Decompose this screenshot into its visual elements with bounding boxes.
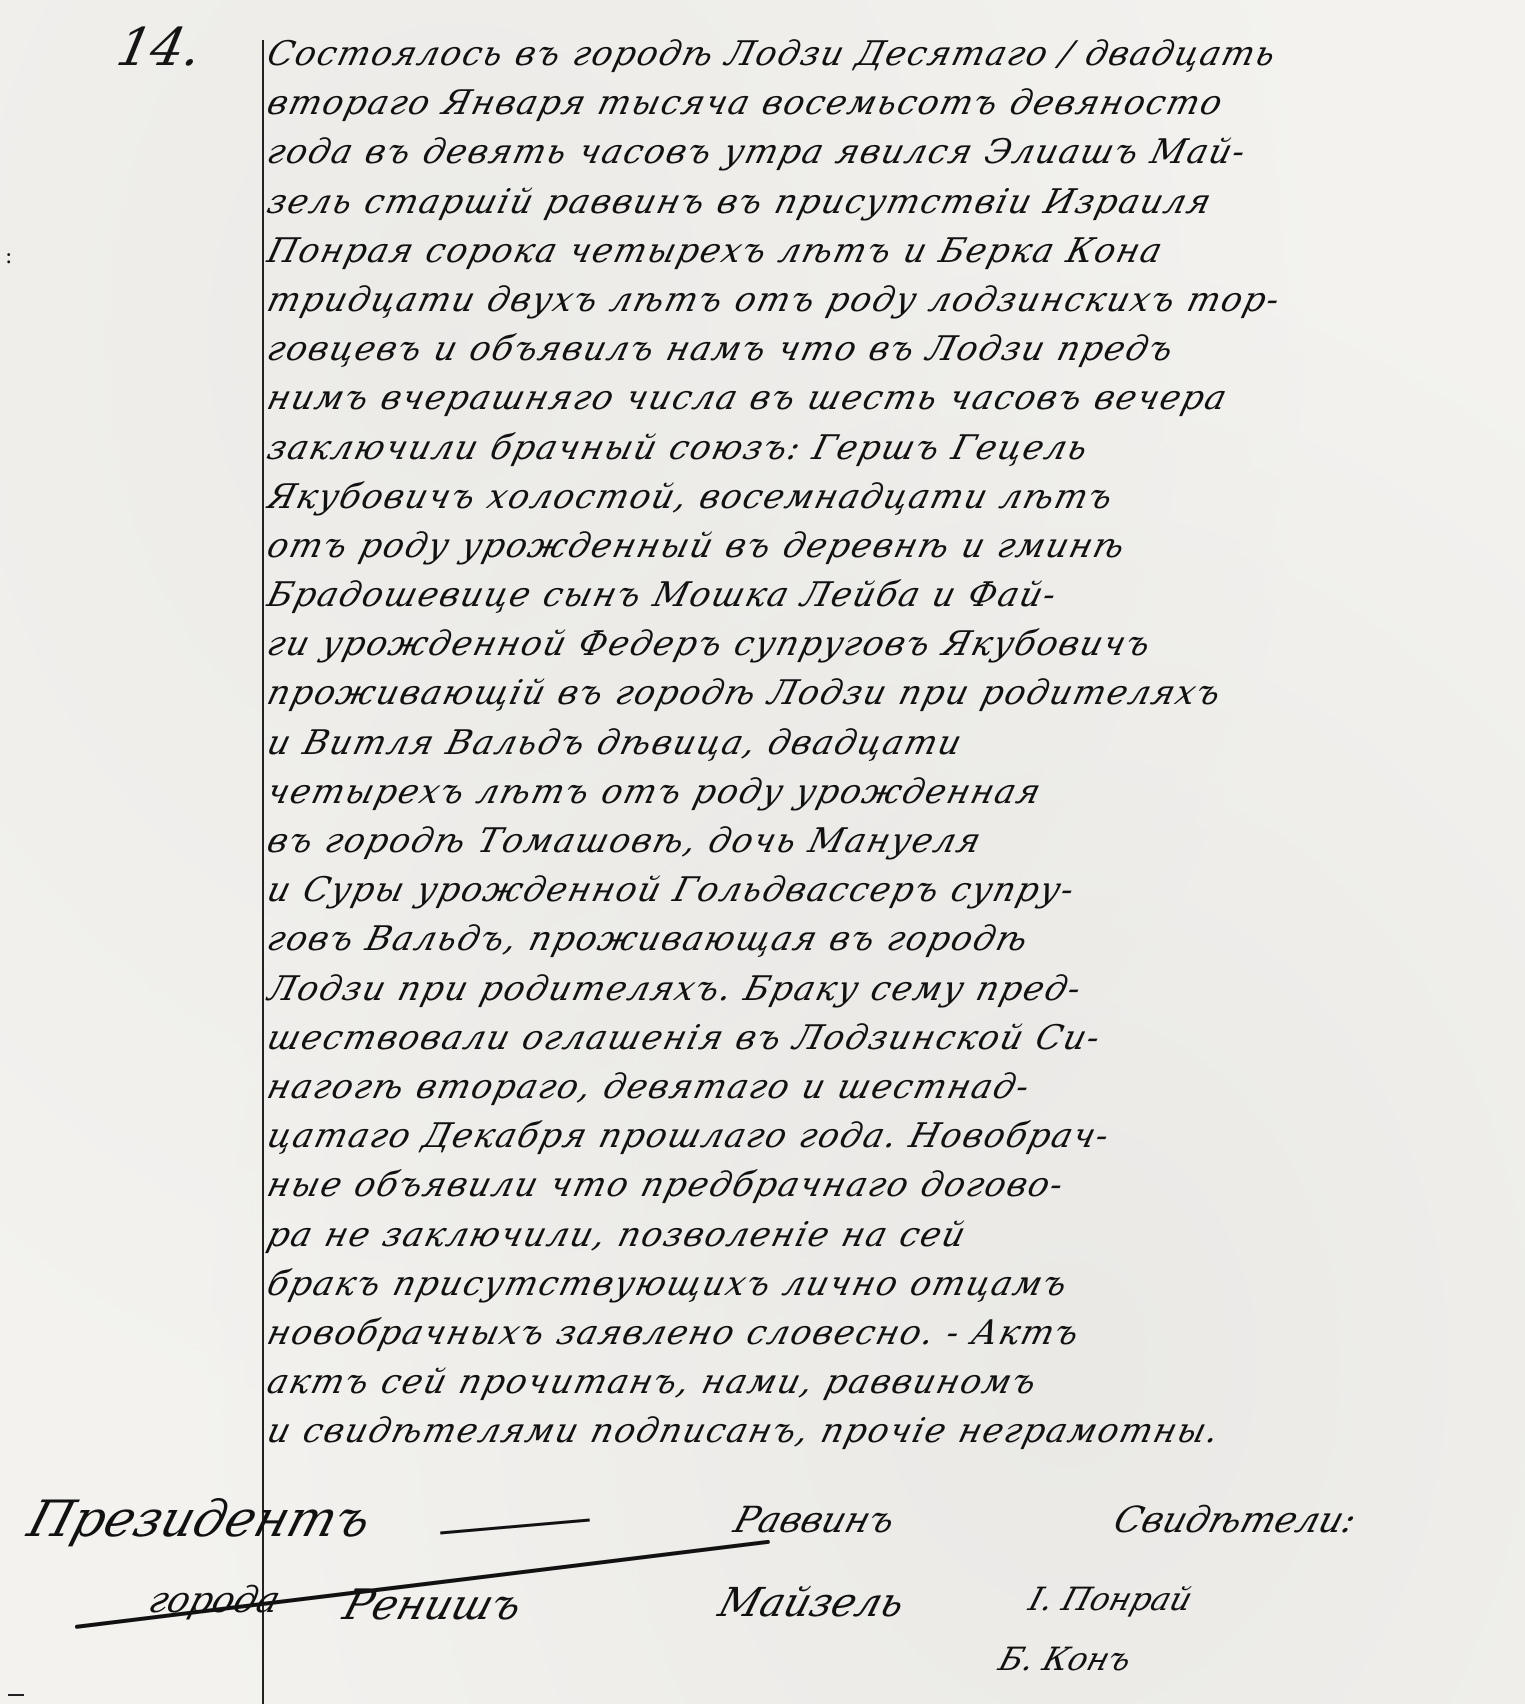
margin-mark: : — [5, 250, 12, 264]
text-line: и свидѣтелями подписанъ, прочіе неграмот… — [262, 1407, 1514, 1456]
text-line: и Витля Вальдъ дѣвица, двадцати — [262, 719, 1514, 768]
text-line: втораго Января тысяча восемьсотъ девянос… — [262, 79, 1514, 128]
text-line: бракъ присутствующихъ лично отцамъ — [262, 1260, 1514, 1309]
text-line: въ городѣ Томашовѣ, дочь Мануеля — [262, 817, 1514, 866]
text-line: говъ Вальдъ, проживающая въ городѣ — [262, 915, 1514, 964]
text-line: Якубовичъ холостой, восемнадцати лѣтъ — [262, 473, 1514, 522]
rabbi-label: Раввинъ — [729, 1500, 899, 1541]
record-body: Состоялось въ городѣ Лодзи Десятаго / дв… — [268, 30, 1508, 1456]
text-line: ги урожденной Федеръ супруговъ Якубовичъ — [262, 620, 1514, 669]
witness-signature-1: I. Понрай — [1025, 1580, 1197, 1618]
rabbi-signature: Майзель — [713, 1580, 910, 1626]
text-line: ные объявили что предбрачнаго догово- — [262, 1161, 1514, 1210]
document-page: 14. : Состоялось въ городѣ Лодзи Десятаг… — [0, 0, 1525, 1704]
text-line: проживающій въ городѣ Лодзи при родителя… — [262, 669, 1514, 718]
witnesses-label: Свидѣтели: — [1109, 1500, 1361, 1541]
text-line: ра не заключили, позволеніе на сей — [262, 1211, 1514, 1260]
text-line: четырехъ лѣтъ отъ роду урожденная — [262, 768, 1514, 817]
text-line: заключили брачный союзъ: Гершъ Гецель — [262, 424, 1514, 473]
signature-flourish — [440, 1518, 590, 1534]
text-line: Понрая сорока четырехъ лѣтъ и Берка Кона — [262, 227, 1514, 276]
president-label: Президентъ — [22, 1490, 378, 1548]
text-line: отъ роду урожденный въ деревнѣ и гминѣ — [262, 522, 1514, 571]
text-line: зель старшій раввинъ въ присутствіи Изра… — [262, 178, 1514, 227]
text-line: Брадошевице сынъ Мошка Лейба и Фай- — [262, 571, 1514, 620]
text-line: новобрачныхъ заявлено словесно. - Актъ — [262, 1309, 1514, 1358]
text-line: и Суры урожденной Гольдвассеръ супру- — [262, 866, 1514, 915]
witness-signature-2: Б. Конъ — [995, 1640, 1136, 1678]
record-number: 14. — [112, 18, 207, 78]
text-line: нимъ вчерашняго числа въ шесть часовъ ве… — [262, 374, 1514, 423]
text-line: нагогѣ втораго, девятаго и шестнад- — [262, 1063, 1514, 1112]
president-signature: Ренишъ — [338, 1580, 528, 1629]
text-line: шествовали оглашенія въ Лодзинской Си- — [262, 1014, 1514, 1063]
text-line: тридцати двухъ лѣтъ отъ роду лодзинскихъ… — [262, 276, 1514, 325]
text-line: говцевъ и объявилъ намъ что въ Лодзи пре… — [262, 325, 1514, 374]
text-line: Состоялось въ городѣ Лодзи Десятаго / дв… — [262, 30, 1514, 79]
text-line: актъ сей прочитанъ, нами, раввиномъ — [262, 1358, 1514, 1407]
corner-mark — [8, 1694, 24, 1696]
text-line: Лодзи при родителяхъ. Браку сему пред- — [262, 965, 1514, 1014]
text-line: года въ девять часовъ утра явился Элиашъ… — [262, 128, 1514, 177]
text-line: цатаго Декабря прошлаго года. Новобрач- — [262, 1112, 1514, 1161]
